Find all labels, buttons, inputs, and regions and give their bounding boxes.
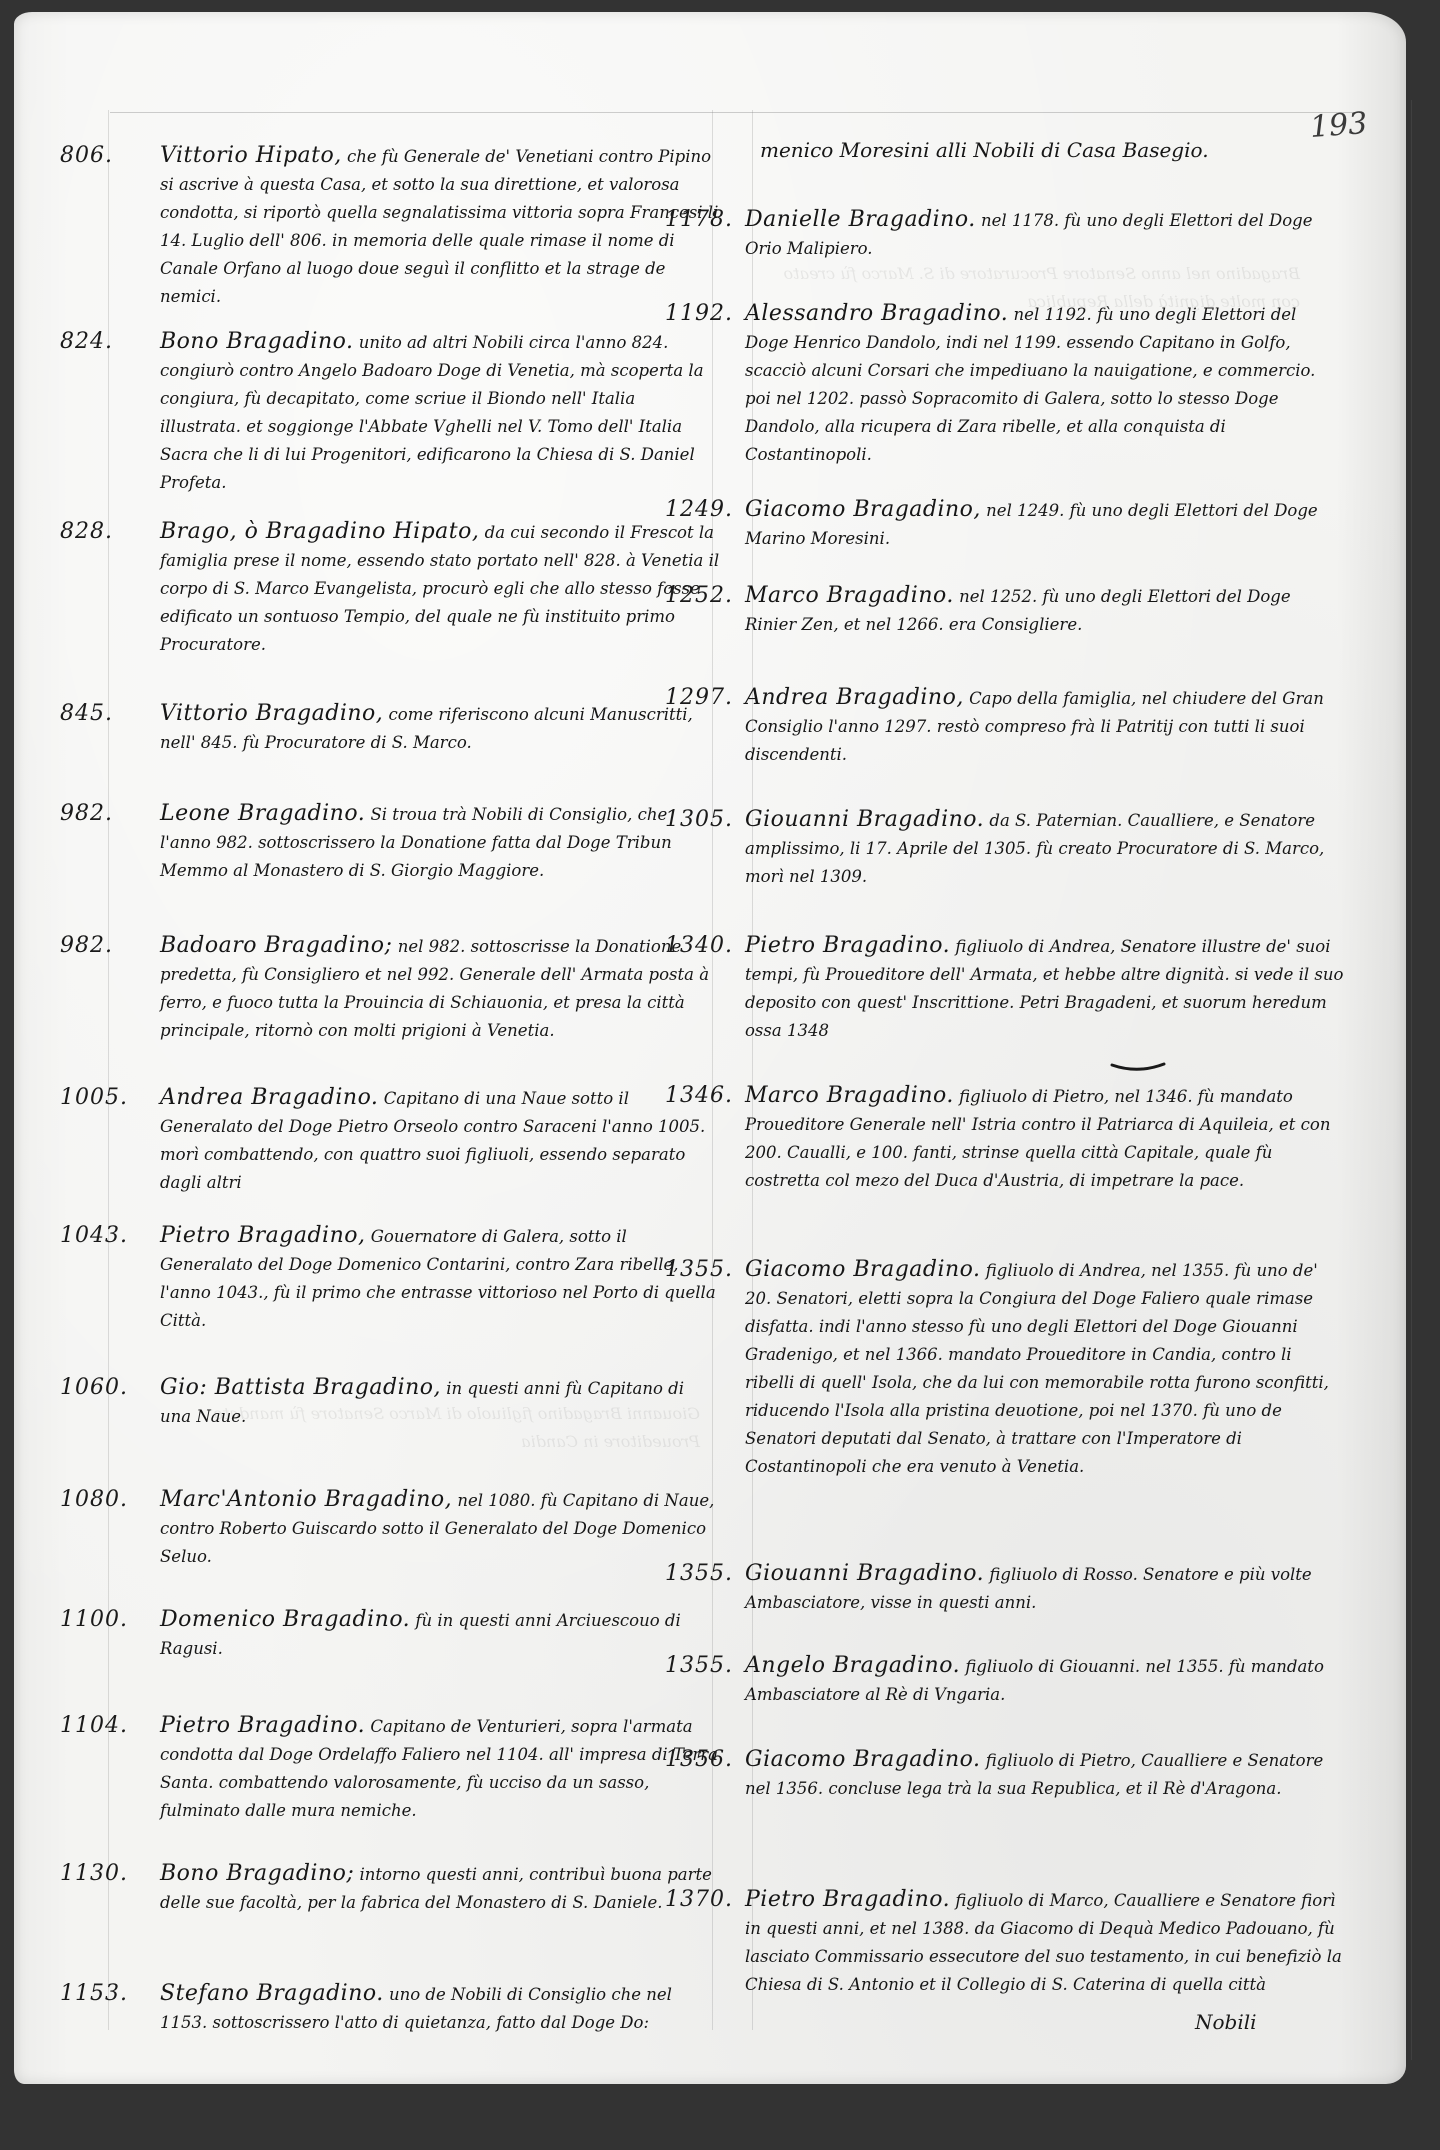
entry: 1043. Pietro Bragadino, Gouernatore di G…	[60, 1222, 700, 1342]
entry-year: 1060.	[60, 1374, 128, 1402]
entry: 1305. Giouanni Bragadino. da S. Paternia…	[665, 806, 1375, 896]
entry: 1249. Giacomo Bragadino, nel 1249. fù un…	[665, 496, 1375, 556]
entry: 1297. Andrea Bragadino, Capo della famig…	[665, 684, 1375, 774]
entry: 845. Vittorio Bragadino, come riferiscon…	[60, 700, 700, 770]
entry: 1100. Domenico Bragadino. fù in questi a…	[60, 1606, 700, 1666]
entry-year: 1297.	[665, 684, 733, 712]
entry-year: 845.	[60, 700, 113, 728]
entry-year: 1100.	[60, 1606, 128, 1634]
entry-year: 1192.	[665, 300, 733, 328]
entry-name: Vittorio Hipato,	[160, 143, 342, 168]
entry: 1355. Giouanni Bragadino. figliuolo di R…	[665, 1560, 1375, 1620]
entry-text: unito ad altri Nobili circa l'anno 824. …	[160, 333, 704, 492]
entry-name: Andrea Bragadino.	[160, 1085, 378, 1110]
entry: 1252. Marco Bragadino. nel 1252. fù uno …	[665, 582, 1375, 642]
entry-year: 1252.	[665, 582, 733, 610]
entry-year: 1104.	[60, 1712, 128, 1740]
manuscript-scan: Bragadino nel anno Senatore Procuratore …	[0, 0, 1440, 2150]
entry-year: 806.	[60, 142, 113, 170]
entry: 982. Leone Bragadino. Si troua trà Nobil…	[60, 800, 700, 900]
entry-name: Domenico Bragadino.	[160, 1607, 410, 1632]
entry-year: 824.	[60, 328, 113, 356]
entry-name: Danielle Bragadino.	[745, 207, 976, 232]
entry-name: Pietro Bragadino,	[160, 1223, 365, 1248]
entry-name: Pietro Bragadino.	[160, 1713, 365, 1738]
entry-name: Gio: Battista Bragadino,	[160, 1375, 441, 1400]
entry-name: Leone Bragadino.	[160, 801, 365, 826]
entry: 1178. Danielle Bragadino. nel 1178. fù u…	[665, 206, 1375, 266]
entry-name: Alessandro Bragadino.	[745, 301, 1008, 326]
entry-year: 1043.	[60, 1222, 128, 1250]
entry: 1355. Giacomo Bragadino. figliuolo di An…	[665, 1256, 1375, 1516]
entry: 1060. Gio: Battista Bragadino, in questi…	[60, 1374, 700, 1444]
entry-year: 1370.	[665, 1886, 733, 1914]
entry: 1080. Marc'Antonio Bragadino, nel 1080. …	[60, 1486, 700, 1576]
entry-year: 982.	[60, 800, 113, 828]
entry: 1355. Angelo Bragadino. figliuolo di Gio…	[665, 1652, 1375, 1712]
entry: 1370. Pietro Bragadino. figliuolo di Mar…	[665, 1886, 1375, 2016]
top-ruling-line	[110, 112, 1360, 113]
entry-name: Marco Bragadino.	[745, 583, 954, 608]
entry-name: Bono Bragadino.	[160, 329, 353, 354]
entry-year: 1355.	[665, 1560, 733, 1588]
entry-text: che fù Generale de' Venetiani contro Pip…	[160, 147, 718, 306]
entry-name: Angelo Bragadino.	[745, 1653, 960, 1678]
entry-year: 982.	[60, 932, 113, 960]
entry-name: Bono Bragadino;	[160, 1861, 354, 1886]
entry-name: Pietro Bragadino.	[745, 1887, 950, 1912]
ink-flourish-icon	[1110, 1062, 1166, 1072]
entry-name: Giacomo Bragadino.	[745, 1257, 981, 1282]
entry: 1340. Pietro Bragadino. figliuolo di And…	[665, 932, 1375, 1052]
entry-name: Andrea Bragadino,	[745, 685, 964, 710]
entry-year: 1305.	[665, 806, 733, 834]
entry-year: 828.	[60, 518, 113, 546]
entry-year: 1340.	[665, 932, 733, 960]
entry: 1130. Bono Bragadino; intorno questi ann…	[60, 1860, 700, 1950]
entry-name: Brago, ò Bragadino Hipato,	[160, 519, 479, 544]
entry-name: Giacomo Bragadino.	[745, 1747, 981, 1772]
entry-name: Giouanni Bragadino.	[745, 1561, 984, 1586]
continuation-line: menico Moresini alli Nobili di Casa Base…	[760, 138, 1360, 162]
entry-year: 1178.	[665, 206, 733, 234]
entry-name: Pietro Bragadino.	[745, 933, 950, 958]
entry-year: 1346.	[665, 1082, 733, 1110]
entry-name: Giouanni Bragadino.	[745, 807, 984, 832]
entry-name: Vittorio Bragadino,	[160, 701, 383, 726]
entry-year: 1355.	[665, 1652, 733, 1680]
entry-text: nel 1192. fù uno degli Elettori del Doge…	[745, 305, 1315, 464]
entry-year: 1005.	[60, 1084, 128, 1112]
entry-year: 1153.	[60, 1980, 128, 2008]
entry-name: Marc'Antonio Bragadino,	[160, 1487, 452, 1512]
entry: 1153. Stefano Bragadino. uno de Nobili d…	[60, 1980, 700, 2050]
entry-year: 1356.	[665, 1746, 733, 1774]
entry: 982. Badoaro Bragadino; nel 982. sottosc…	[60, 932, 700, 1042]
entry: 1104. Pietro Bragadino. Capitano de Vent…	[60, 1712, 700, 1832]
entry-text: figliuolo di Andrea, nel 1355. fù uno de…	[745, 1261, 1329, 1476]
entry-name: Badoaro Bragadino;	[160, 933, 392, 958]
entry-year: 1249.	[665, 496, 733, 524]
page-edge	[1411, 100, 1420, 2060]
entry: 1346. Marco Bragadino. figliuolo di Piet…	[665, 1082, 1375, 1232]
entry: 806. Vittorio Hipato, che fù Generale de…	[60, 142, 700, 292]
entry-year: 1130.	[60, 1860, 128, 1888]
entry: 1192. Alessandro Bragadino. nel 1192. fù…	[665, 300, 1375, 470]
entry: 824. Bono Bragadino. unito ad altri Nobi…	[60, 328, 700, 478]
entry: 828. Brago, ò Bragadino Hipato, da cui s…	[60, 518, 700, 668]
catchword: Nobili	[1195, 2010, 1257, 2034]
entry-name: Marco Bragadino.	[745, 1083, 954, 1108]
entry: 1356. Giacomo Bragadino. figliuolo di Pi…	[665, 1746, 1375, 1836]
entry-year: 1355.	[665, 1256, 733, 1284]
entry-name: Stefano Bragadino.	[160, 1981, 384, 2006]
entry-name: Giacomo Bragadino,	[745, 497, 981, 522]
entry: 1005. Andrea Bragadino. Capitano di una …	[60, 1084, 700, 1204]
entry-year: 1080.	[60, 1486, 128, 1514]
